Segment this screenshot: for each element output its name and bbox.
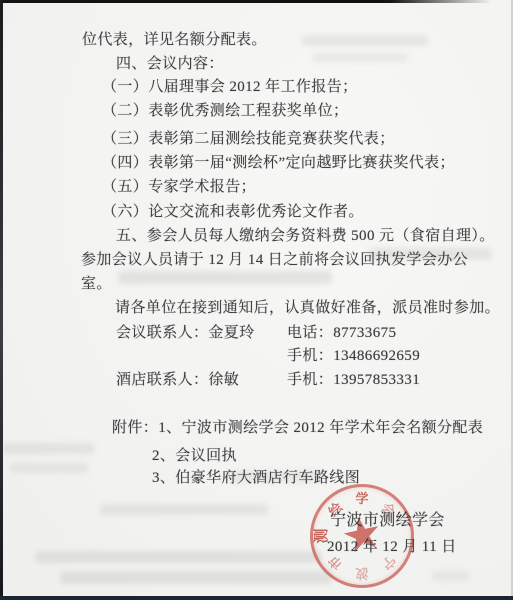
scan-edge-left [0,0,3,600]
attachment-item-1: 附件：1、宁波市测绘学会 2012 年学术年会名额分配表 [112,418,483,438]
agenda-item-6: （六）论文交流和表彰优秀论文作者。 [102,202,364,222]
seal-character: 学 [354,491,370,507]
bleed-through-mark [432,571,470,581]
bleed-through-mark [10,463,88,473]
scan-edge-top [0,0,513,3]
intro-line: 位代表，详见名额分配表。 [82,30,267,50]
bleed-through-mark [100,504,268,515]
section5-line-1: 五、参会人员每人缴纳会务资料费 500 元（食宿自理）。 [116,226,495,246]
meeting-contact-mobile: 手机：13486692659 [287,346,420,366]
bleed-through-mark [2,443,94,454]
hotel-contact-mobile: 手机：13957853331 [287,370,420,390]
signature-date: 2012 年 12 月 11 日 [327,537,457,557]
attachment-item-2: 2、会议回执 [152,446,237,466]
seal-character: 波 [354,565,370,581]
hotel-contact-label: 酒店联系人：徐敏 [116,370,239,390]
section5-line-2: 参加会议人员请于 12 月 14 日之前将会议回执发学会办公 [81,250,468,270]
meeting-contact-phone: 电话：87733675 [287,323,396,343]
official-seal: ★ 宁 波 市 测 绘 学 会 [310,484,414,588]
bleed-through-mark [118,271,332,284]
notice-line: 请各单位在接到通知后，认真做好准备，派员准时参加。 [115,298,500,318]
scan-edge-bottom [0,596,513,600]
bleed-through-mark [312,53,408,62]
section4-heading: 四、会议内容： [116,54,224,74]
scanned-notice-page: 位代表，详见名额分配表。 四、会议内容： （一）八届理事会 2012 年工作报告… [0,0,513,600]
agenda-item-5: （五）专家学术报告； [102,177,256,197]
agenda-item-1: （一）八届理事会 2012 年工作报告； [102,77,358,97]
bleed-through-mark [35,551,321,563]
section5-line-3: 室。 [81,274,112,294]
bleed-through-mark [60,571,332,584]
agenda-item-3: （三）表彰第二届测绘技能竞赛获奖代表； [102,129,395,149]
attachment-item-3: 3、伯豪华府大酒店行车路线图 [152,468,360,488]
agenda-item-4: （四）表彰第一届“测绘杯”定向越野比赛获奖代表； [102,153,455,173]
meeting-contact-label: 会议联系人：金夏玲 [116,323,255,343]
signature-org: 宁波市测绘学会 [330,511,445,531]
agenda-item-2: （二）表彰优秀测绘工程获奖单位； [102,101,348,121]
bleed-through-mark [302,35,428,46]
